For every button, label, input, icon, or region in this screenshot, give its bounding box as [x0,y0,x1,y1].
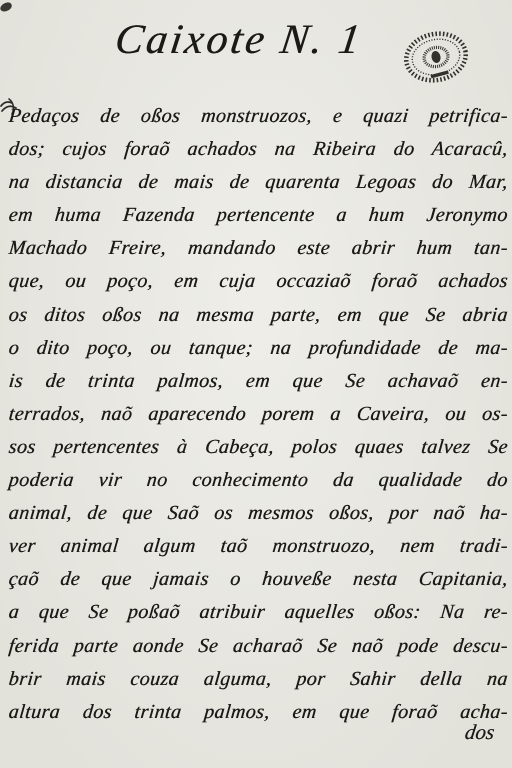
manuscript-page: Caixote N. 1 Pedaços de oßos monstruozos… [0,0,512,768]
manuscript-line: is de trinta palmos, em que Se achavaõ e… [7,365,509,398]
manuscript-line: Machado Freire, mandando este abrir hum … [7,232,509,265]
manuscript-line: poderia vir no conhecimento da qualidade… [7,464,509,497]
manuscript-line: a que Se poßaõ atribuir aquelles oßos: N… [7,596,509,629]
manuscript-line: na distancia de mais de quarenta Legoas … [7,166,509,199]
manuscript-line: animal, de que Saõ os mesmos oßos, por n… [7,497,509,530]
manuscript-line: que, ou poço, em cuja occaziaõ foraõ ach… [7,265,509,298]
manuscript-line: Pedaços de oßos monstruozos, e quazi pet… [7,100,509,133]
manuscript-line: çaõ de que jamais o houveße nesta Capita… [7,563,509,596]
manuscript-line: o dito poço, ou tanque; na profundidade … [7,332,509,365]
manuscript-line: altura dos trinta palmos, em que foraõ a… [7,696,509,729]
manuscript-line: ver animal algum taõ monstruozo, nem tra… [7,530,509,563]
manuscript-line: os ditos oßos na mesma parte, em que Se … [7,299,509,332]
catchword: dos [463,720,496,745]
manuscript-line: brir mais couza alguma, por Sahir della … [7,663,509,696]
manuscript-line: ferida parte aonde Se acharaõ Se naõ pod… [7,630,509,663]
manuscript-line: sos pertencentes à Cabeça, polos quaes t… [7,431,509,464]
ink-speck [0,1,13,12]
manuscript-line: em huma Fazenda pertencente a hum Jerony… [7,199,509,232]
manuscript-body: Pedaços de oßos monstruozos, e quazi pet… [7,100,506,729]
manuscript-line: dos; cujos foraõ achados na Ribeira do A… [7,133,509,166]
manuscript-line: terrados, naõ aparecendo porem a Caveira… [7,398,509,431]
